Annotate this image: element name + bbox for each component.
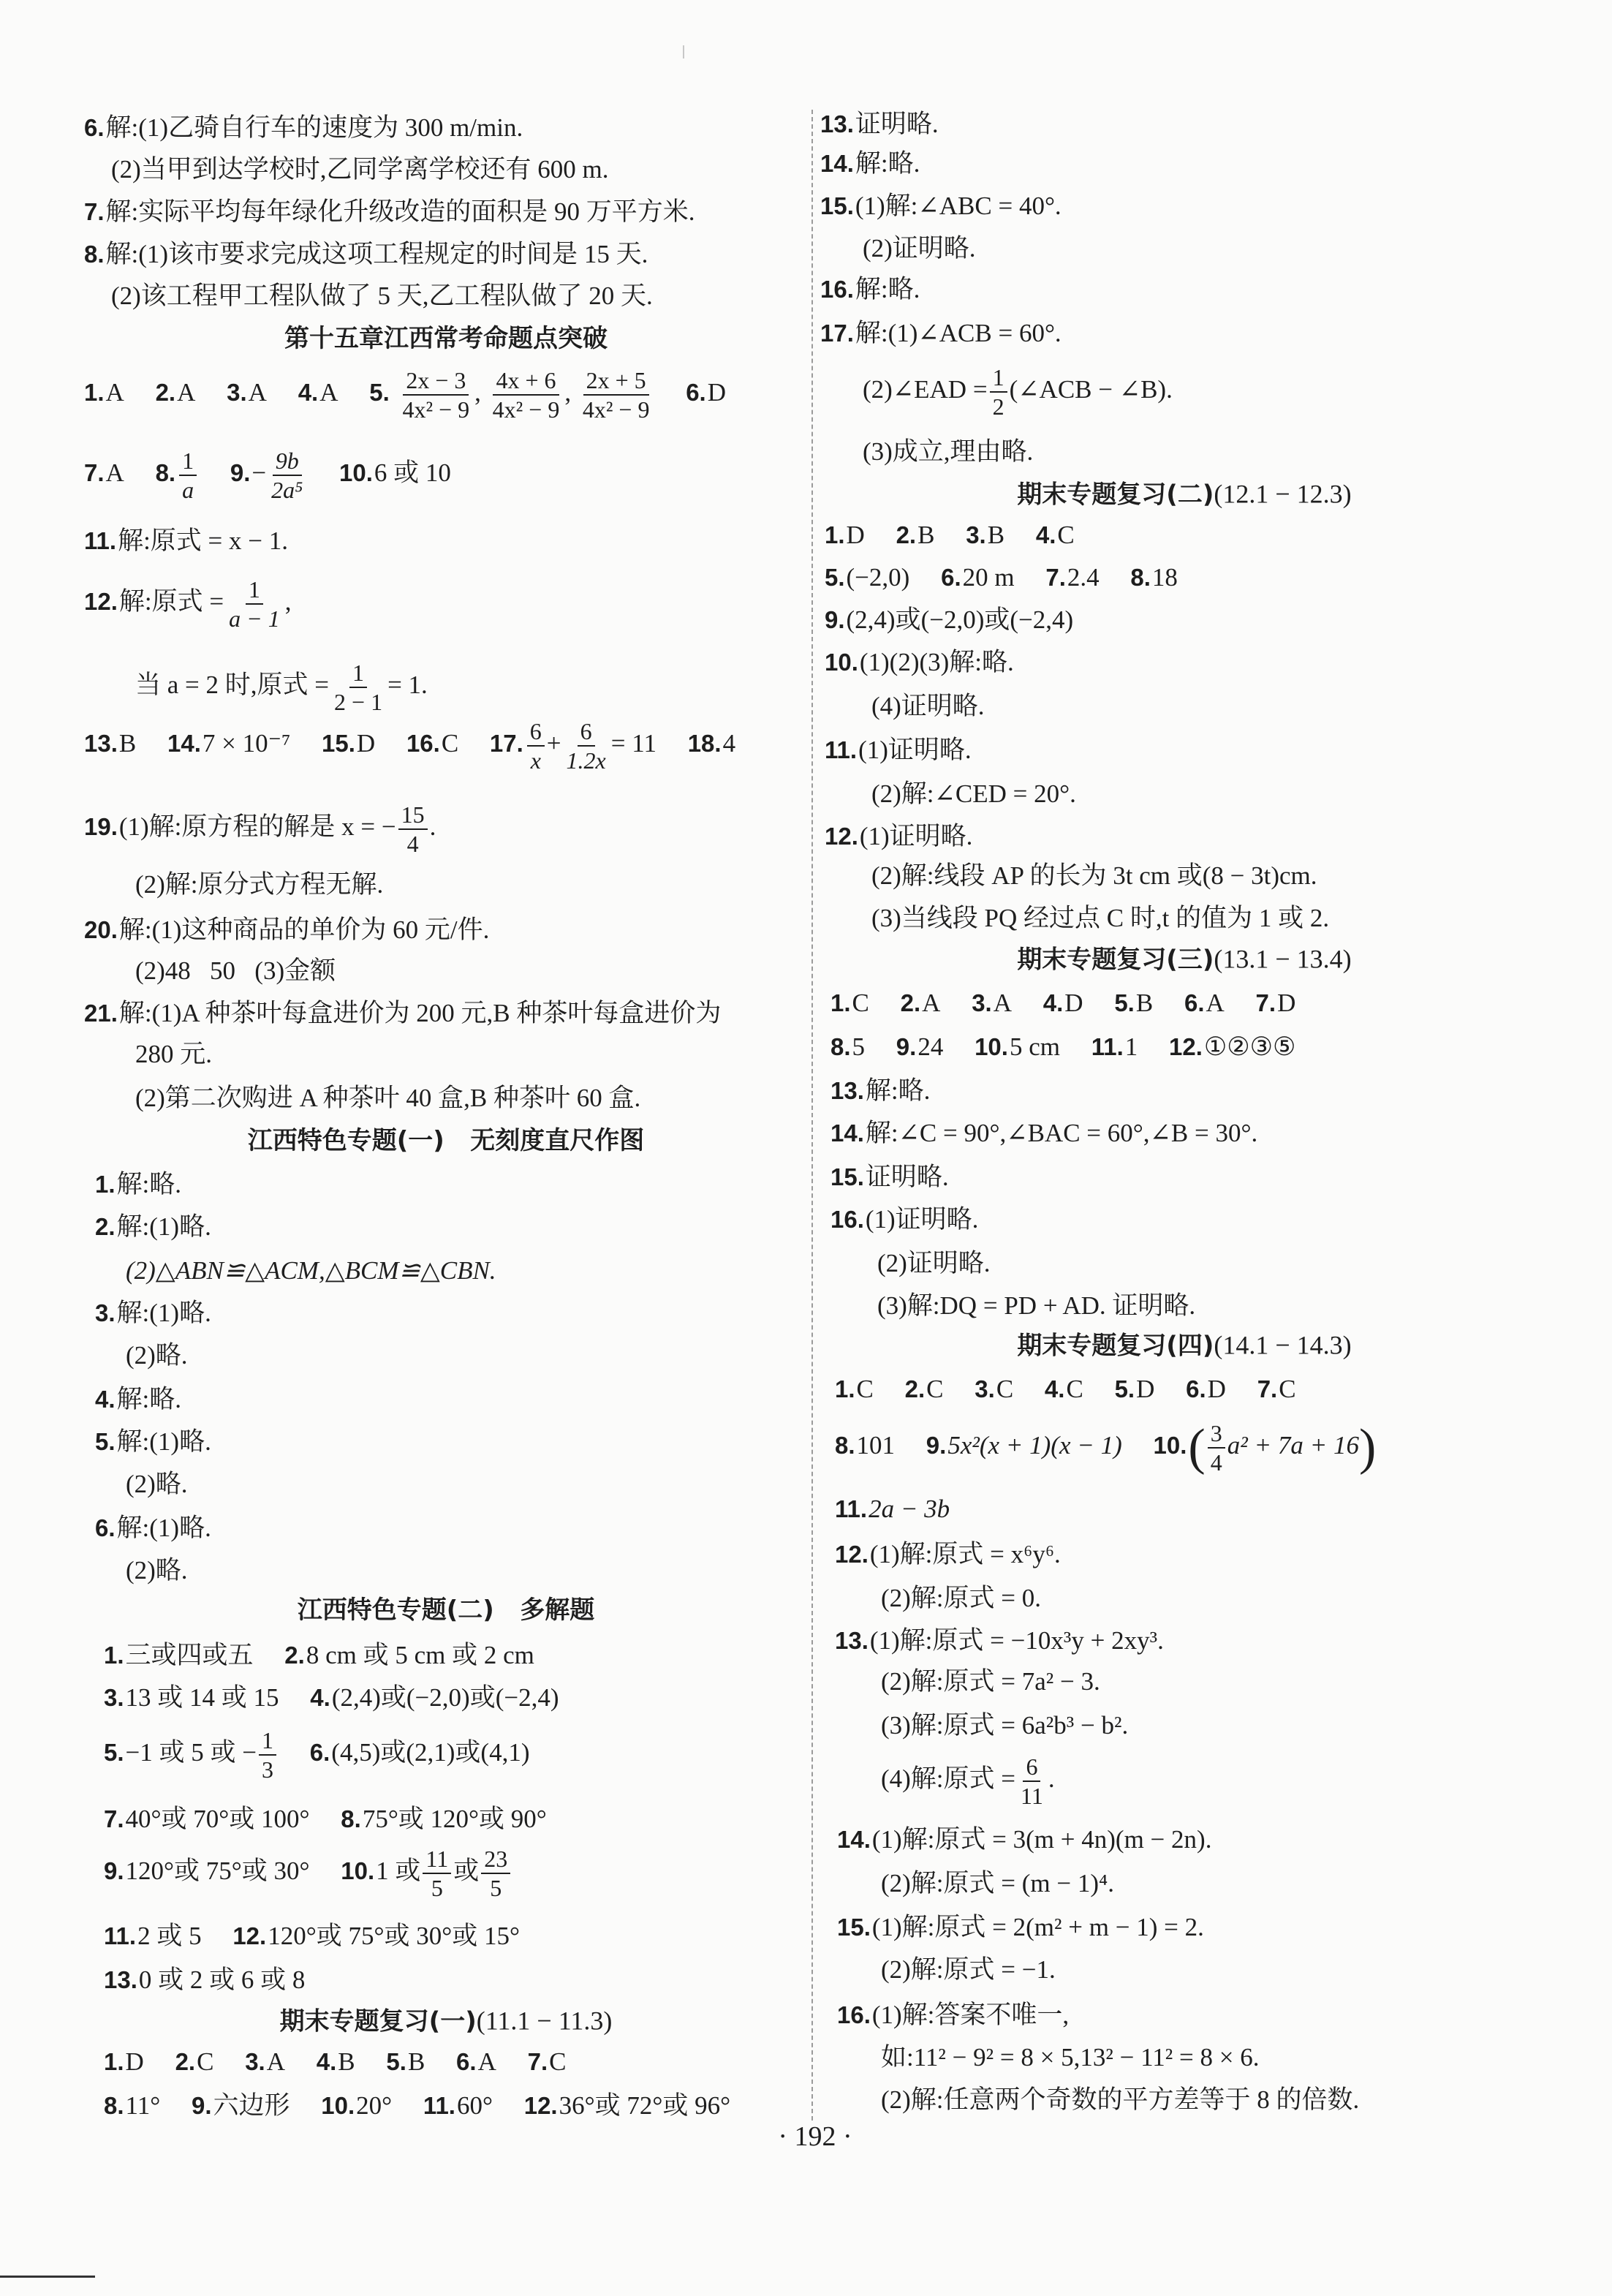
answer-line: 12.(1)证明略. xyxy=(825,820,972,853)
answer-line: (3)解:DQ = PD + AD. 证明略. xyxy=(877,1290,1195,1322)
section-heading: 期末专题复习(二)(12.1 − 12.3) xyxy=(826,478,1543,511)
answer-line: (2)解:原式 = 0. xyxy=(881,1582,1041,1615)
answer-line: 11.2a − 3b xyxy=(835,1493,950,1525)
answer-line: 8.解:(1)该市要求完成这项工程规定的时间是 15 天. xyxy=(84,238,648,271)
answer-line: 17.解:(1)∠ACB = 60°. xyxy=(820,317,1062,350)
answer-line: 12.解:原式 =1a − 1, xyxy=(84,575,291,632)
fraction: 12 xyxy=(990,363,1007,420)
answer-row: 1.D 2.B 3.B 4.C xyxy=(825,519,1075,551)
section-heading: 期末专题复习(四)(14.1 − 14.3) xyxy=(826,1329,1543,1362)
section-heading: 第十五章江西常考命题点突破 xyxy=(84,322,808,355)
answer-row: 1.C 2.A 3.A 4.D 5.B 6.A 7.D xyxy=(830,987,1295,1019)
answer-row: 13.B 14.7 × 10⁻⁷ 15.D 16.C 17.6x+61.2x= … xyxy=(84,717,735,774)
answer-line: (2)略. xyxy=(126,1468,188,1500)
section-heading: 期末专题复习(一)(11.1 − 11.3) xyxy=(84,2005,808,2038)
fraction: 12 − 1 xyxy=(331,659,385,716)
fraction: 9b2a⁵ xyxy=(268,447,306,504)
open-paren: ( xyxy=(1188,1419,1205,1476)
answer-line: 280 元. xyxy=(135,1038,212,1070)
scan-mark xyxy=(683,45,684,58)
answer-line: 6.解:(1)略. xyxy=(95,1512,211,1544)
answer-line: 14.解:∠C = 90°,∠BAC = 60°,∠B = 30°. xyxy=(830,1117,1257,1149)
answer-row: 11.2 或 5 12.120°或 75°或 30°或 15° xyxy=(104,1920,520,1952)
answer-line: 当 a = 2 时,原式 =12 − 1= 1. xyxy=(135,659,428,716)
answer-line: 16.(1)解:答案不唯一, xyxy=(837,1999,1069,2031)
answer-row: 8.101 9.5x²(x + 1)(x − 1) 10.(34a² + 7a … xyxy=(835,1419,1376,1476)
answer-line: (4)解:原式 =611. xyxy=(881,1753,1055,1810)
answer-line: 13.证明略. xyxy=(820,108,939,140)
answer-row: 3.13 或 14 或 15 4.(2,4)或(−2,0)或(−2,4) xyxy=(104,1682,559,1714)
answer-line: 2.解:(1)略. xyxy=(95,1211,211,1243)
section-heading: 江西特色专题(一) 无刻度直尺作图 xyxy=(84,1125,808,1157)
fraction: 235 xyxy=(481,1845,510,1902)
fraction: 2x + 54x² − 9 xyxy=(580,366,653,423)
answer-key-page: 6.解:(1)乙骑自行车的速度为 300 m/min. (2)当甲到达学校时,乙… xyxy=(0,0,1612,2296)
answer-line: (2)当甲到达学校时,乙同学离学校还有 600 m. xyxy=(111,154,609,186)
close-paren: ) xyxy=(1359,1419,1376,1476)
answer-row: 1.三或四或五 2.8 cm 或 5 cm 或 2 cm xyxy=(104,1639,534,1672)
fraction: 1a xyxy=(179,447,197,504)
answer-line: (3)解:原式 = 6a²b³ − b². xyxy=(881,1710,1128,1742)
answer-line: (2)解:线段 AP 的长为 3t cm 或(8 − 3t)cm. xyxy=(871,860,1317,892)
answer-row: 1.A 2.A 3.A 4.A 5. 2x − 34x² − 9, 4x + 6… xyxy=(84,366,726,423)
answer-line: 15.(1)解:∠ABC = 40°. xyxy=(820,190,1062,222)
answer-row: 1.D 2.C 3.A 4.B 5.B 6.A 7.C xyxy=(104,2046,567,2078)
answer-line: 16.(1)证明略. xyxy=(830,1204,978,1236)
answer-row: 5.−1 或 5 或 −13 6.(4,5)或(2,1)或(4,1) xyxy=(104,1726,529,1783)
answer-line: (3)成立,理由略. xyxy=(863,436,1033,468)
answer-line: (2)解:任意两个奇数的平方差等于 8 的倍数. xyxy=(881,2084,1359,2116)
answer-line: 15.(1)解:原式 = 2(m² + m − 1) = 2. xyxy=(837,1911,1204,1944)
answer-line: (2)∠EAD =12(∠ACB − ∠B). xyxy=(863,363,1173,420)
section-heading: 江西特色专题(二) 多解题 xyxy=(84,1594,808,1626)
fraction: 34 xyxy=(1208,1419,1225,1476)
answer-line: 20.解:(1)这种商品的单价为 60 元/件. xyxy=(84,914,489,946)
fraction: 1a − 1 xyxy=(226,575,283,632)
answer-line: 13.解:略. xyxy=(830,1075,930,1107)
answer-row: 7.40°或 70°或 100° 8.75°或 120°或 90° xyxy=(104,1803,547,1835)
answer-line: (2)略. xyxy=(126,1340,188,1372)
section-heading: 期末专题复习(三)(13.1 − 13.4) xyxy=(826,943,1543,976)
answer-line: (2)该工程甲工程队做了 5 天,乙工程队做了 20 天. xyxy=(111,280,653,312)
answer-line: (3)当线段 PQ 经过点 C 时,t 的值为 1 或 2. xyxy=(871,902,1329,934)
answer-line: 11.解:原式 = x − 1. xyxy=(84,525,288,557)
fraction: 13 xyxy=(259,1726,276,1783)
answer-line: 6.解:(1)乙骑自行车的速度为 300 m/min. xyxy=(84,112,523,144)
answer-line: (2)略. xyxy=(126,1555,188,1587)
fraction: 154 xyxy=(398,801,428,858)
answer-line: 5.解:(1)略. xyxy=(95,1426,211,1458)
answer-row: 9.120°或 75°或 30° 10.1 或115或235 xyxy=(104,1845,512,1902)
answer-line: (4)证明略. xyxy=(871,690,985,722)
answer-row: 5.(−2,0) 6.20 m 7.2.4 8.18 xyxy=(825,562,1178,594)
answer-line: 4.解:略. xyxy=(95,1383,181,1416)
answer-line: (2)第二次购进 A 种茶叶 40 盒,B 种茶叶 60 盒. xyxy=(135,1082,640,1114)
scan-edge-mark xyxy=(0,2276,95,2278)
answer-line: 19.(1)解:原方程的解是 x = −154. xyxy=(84,801,436,858)
answer-row: 7.A 8.1a 9.−9b2a⁵ 10.6 或 10 xyxy=(84,447,451,504)
answer-row: 1.C 2.C 3.C 4.C 5.D 6.D 7.C xyxy=(835,1373,1296,1405)
answer-line: 15.证明略. xyxy=(830,1161,949,1193)
column-divider xyxy=(811,110,813,2121)
answer-line: (2)解:原式 = 7a² − 3. xyxy=(881,1666,1100,1698)
answer-line: 11.(1)证明略. xyxy=(825,734,972,766)
answer-row: 13.0 或 2 或 6 或 8 xyxy=(104,1964,305,1996)
answer-line: 13.(1)解:原式 = −10x³y + 2xy³. xyxy=(835,1625,1164,1657)
answer-line: (2)解:原式 = −1. xyxy=(881,1954,1056,1986)
answer-line: (2)48 50 (3)金额 xyxy=(135,955,336,987)
fraction: 2x − 34x² − 9 xyxy=(400,366,473,423)
answer-line: 如:11² − 9² = 8 × 5,13² − 11² = 8 × 6. xyxy=(881,2042,1260,2074)
answer-line: 1.解:略. xyxy=(95,1168,181,1201)
answer-line: 21.解:(1)A 种茶叶每盒进价为 200 元,B 种茶叶每盒进价为 xyxy=(84,997,721,1030)
answer-line: 10.(1)(2)(3)解:略. xyxy=(825,646,1014,679)
answer-line: (2)△ABN≌△ACM,△BCM≌△CBN. xyxy=(126,1255,496,1287)
fraction: 61.2x xyxy=(564,717,609,774)
answer-line: (2)解:∠CED = 20°. xyxy=(871,778,1076,810)
answer-line: 14.(1)解:原式 = 3(m + 4n)(m − 2n). xyxy=(837,1824,1211,1856)
answer-line: (2)证明略. xyxy=(877,1247,991,1280)
fraction: 6x xyxy=(527,717,545,774)
answer-line: 12.(1)解:原式 = x⁶y⁶. xyxy=(835,1538,1061,1571)
answer-line: 16.解:略. xyxy=(820,273,920,306)
answer-row: 8.11° 9.六边形 10.20° 11.60° 12.36°或 72°或 9… xyxy=(104,2090,730,2122)
answer-line: 14.解:略. xyxy=(820,148,920,180)
answer-line: 3.解:(1)略. xyxy=(95,1297,211,1329)
fraction: 115 xyxy=(423,1845,451,1902)
page-number: · 192 · xyxy=(775,2121,855,2153)
answer-line: (2)证明略. xyxy=(863,233,976,265)
fraction: 4x + 64x² − 9 xyxy=(490,366,563,423)
answer-line: 7.解:实际平均每年绿化升级改造的面积是 90 万平方米. xyxy=(84,196,695,228)
answer-line: 9.(2,4)或(−2,0)或(−2,4) xyxy=(825,604,1073,636)
fraction: 611 xyxy=(1018,1753,1046,1810)
answer-row: 8.5 9.24 10.5 cm 11.1 12.①②③⑤ xyxy=(830,1031,1295,1063)
answer-line: (2)解:原分式方程无解. xyxy=(135,869,383,901)
answer-line: (2)解:原式 = (m − 1)⁴. xyxy=(881,1868,1114,1900)
